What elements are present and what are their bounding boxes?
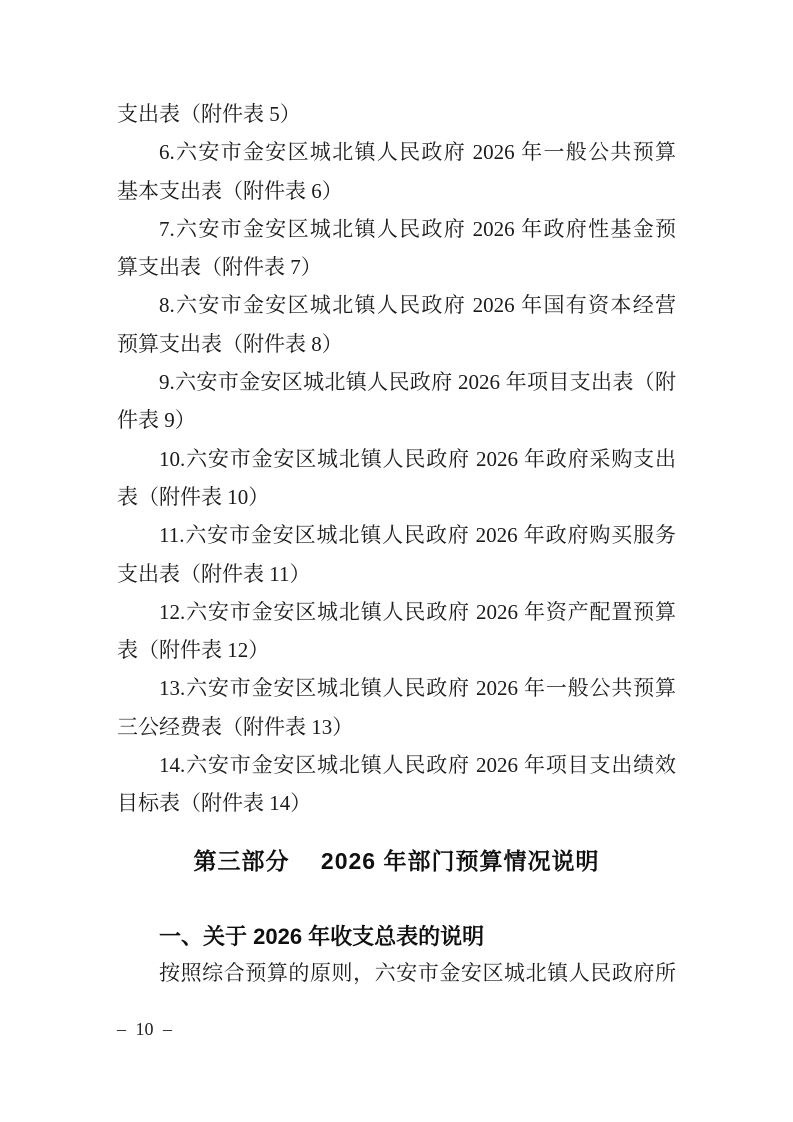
attachment-item-line: 目标表（附件表 14） — [117, 784, 676, 822]
attachment-item-line: 基本支出表（附件表 6） — [117, 172, 676, 210]
attachment-item-line: 12.六安市金安区城北镇人民政府 2026 年资产配置预算 — [117, 593, 676, 631]
attachment-item-line: 件表 9） — [117, 401, 676, 439]
attachment-item-line: 支出表（附件表 11） — [117, 555, 676, 593]
attachment-item: 12.六安市金安区城北镇人民政府 2026 年资产配置预算 表（附件表 12） — [117, 593, 676, 670]
attachment-item-line: 表（附件表 10） — [117, 478, 676, 516]
page-content: 支出表（附件表 5） 6.六安市金安区城北镇人民政府 2026 年一般公共预算 … — [117, 95, 676, 992]
attachment-item: 8.六安市金安区城北镇人民政府 2026 年国有资本经营 预算支出表（附件表 8… — [117, 286, 676, 363]
attachment-item-line: 10.六安市金安区城北镇人民政府 2026 年政府采购支出 — [117, 440, 676, 478]
attachment-item: 11.六安市金安区城北镇人民政府 2026 年政府购买服务 支出表（附件表 11… — [117, 516, 676, 593]
attachment-item: 14.六安市金安区城北镇人民政府 2026 年项目支出绩效 目标表（附件表 14… — [117, 746, 676, 823]
subsection-heading: 一、关于 2026 年收支总表的说明 — [117, 918, 676, 956]
attachment-item-line: 9.六安市金安区城北镇人民政府 2026 年项目支出表（附 — [117, 363, 676, 401]
document-page: 支出表（附件表 5） 6.六安市金安区城北镇人民政府 2026 年一般公共预算 … — [0, 0, 793, 1122]
attachment-item-line: 支出表（附件表 5） — [117, 95, 676, 133]
attachment-item: 7.六安市金安区城北镇人民政府 2026 年政府性基金预 算支出表（附件表 7） — [117, 210, 676, 287]
page-number: – 10 – — [117, 1017, 172, 1041]
attachment-item: 9.六安市金安区城北镇人民政府 2026 年项目支出表（附 件表 9） — [117, 363, 676, 440]
attachment-item-line: 14.六安市金安区城北镇人民政府 2026 年项目支出绩效 — [117, 746, 676, 784]
attachment-item: 10.六安市金安区城北镇人民政府 2026 年政府采购支出 表（附件表 10） — [117, 440, 676, 517]
attachment-item-line: 11.六安市金安区城北镇人民政府 2026 年政府购买服务 — [117, 516, 676, 554]
body-paragraph: 按照综合预算的原则，六安市金安区城北镇人民政府所 — [117, 954, 676, 992]
section-heading: 第三部分 2026 年部门预算情况说明 — [117, 841, 676, 881]
attachment-item-line: 6.六安市金安区城北镇人民政府 2026 年一般公共预算 — [117, 133, 676, 171]
attachment-item-line: 表（附件表 12） — [117, 631, 676, 669]
attachment-item-line: 预算支出表（附件表 8） — [117, 325, 676, 363]
attachment-item-line: 算支出表（附件表 7） — [117, 248, 676, 286]
attachment-item-line: 13.六安市金安区城北镇人民政府 2026 年一般公共预算 — [117, 669, 676, 707]
attachment-item: 13.六安市金安区城北镇人民政府 2026 年一般公共预算 三公经费表（附件表 … — [117, 669, 676, 746]
attachment-item-line: 8.六安市金安区城北镇人民政府 2026 年国有资本经营 — [117, 286, 676, 324]
attachment-item-line: 7.六安市金安区城北镇人民政府 2026 年政府性基金预 — [117, 210, 676, 248]
attachment-item-line: 三公经费表（附件表 13） — [117, 708, 676, 746]
attachment-item: 支出表（附件表 5） — [117, 95, 676, 133]
attachment-item: 6.六安市金安区城北镇人民政府 2026 年一般公共预算 基本支出表（附件表 6… — [117, 133, 676, 210]
